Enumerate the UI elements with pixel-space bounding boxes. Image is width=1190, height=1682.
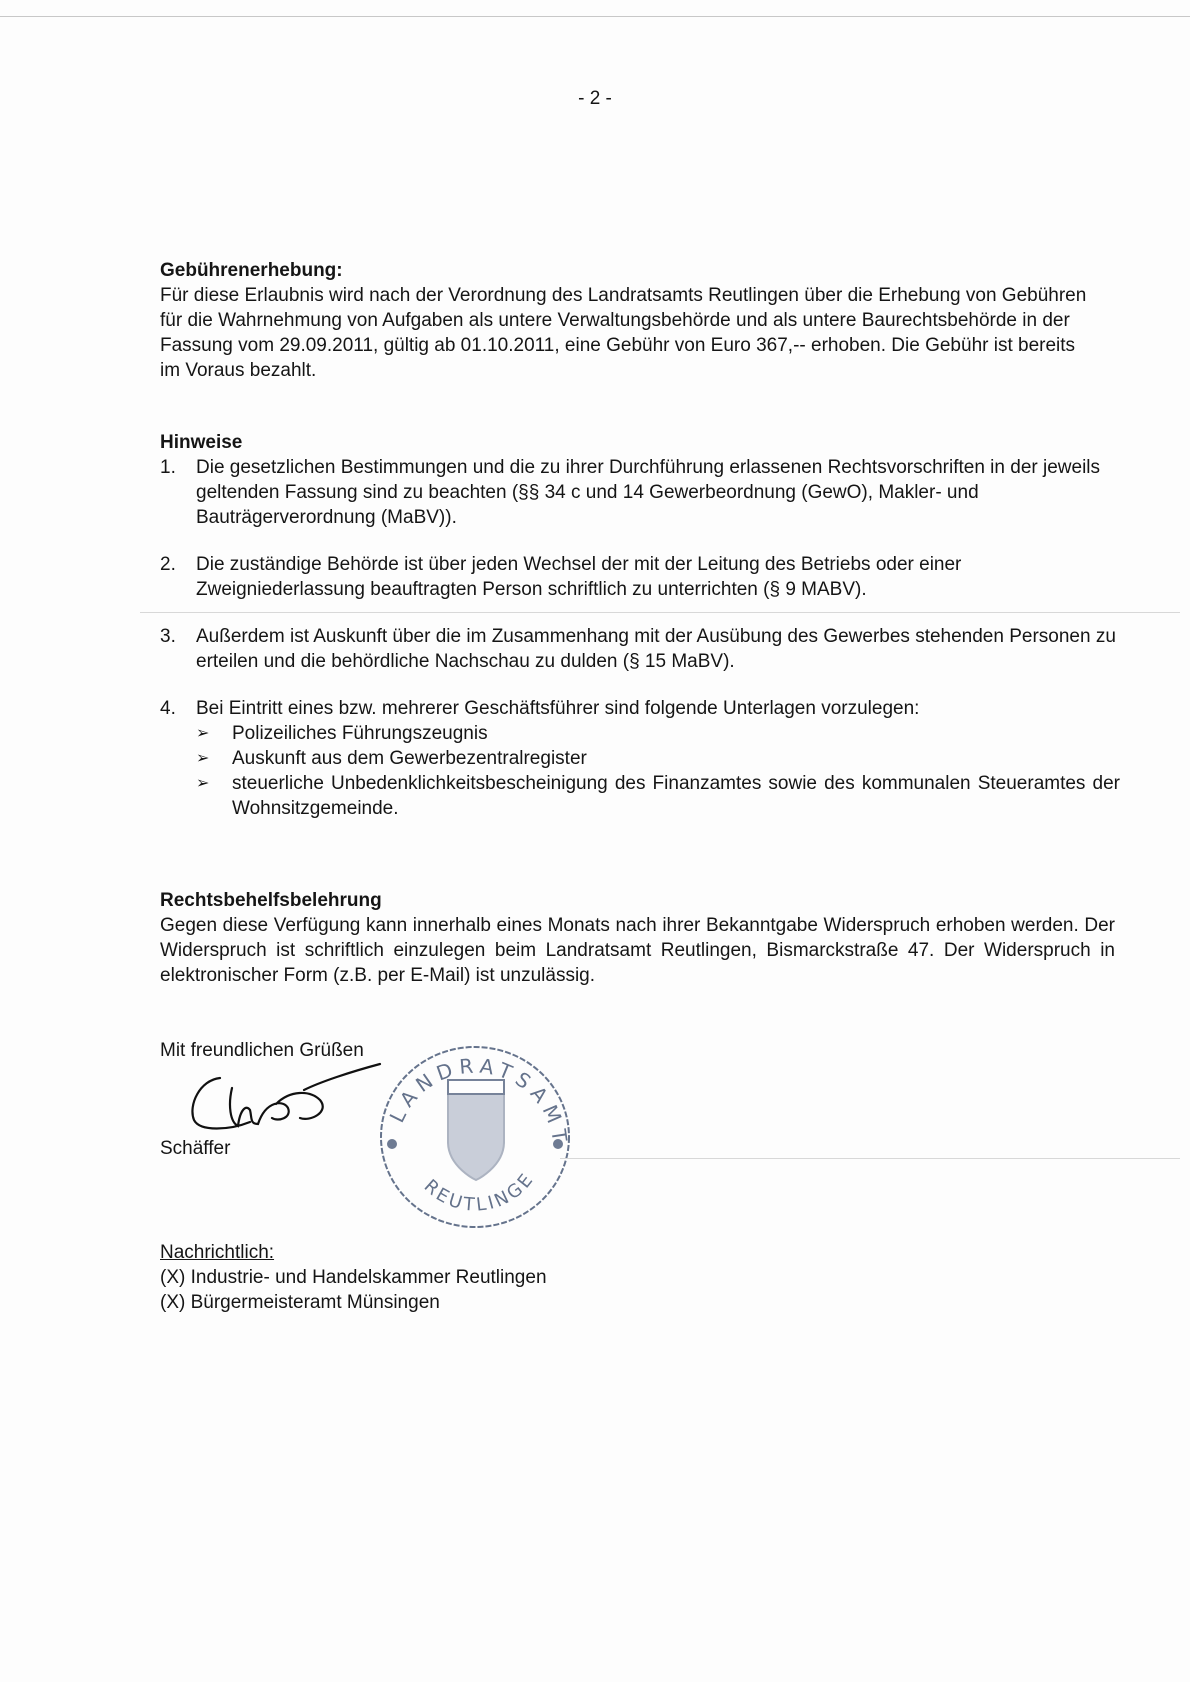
coat-of-arms-icon [448, 1080, 504, 1180]
note-text: Außerdem ist Auskunft über die im Zusamm… [196, 624, 1120, 674]
official-stamp: LANDRATSAMT REUTLINGEN [368, 1032, 578, 1232]
document-list-text: Polizeiliches Führungszeugnis [232, 723, 488, 744]
cc-recipient: (X) Bürgermeisteramt Münsingen [160, 1290, 547, 1315]
fee-text: Für diese Erlaubnis wird nach der Verord… [160, 283, 1090, 383]
note-number: 2. [160, 552, 176, 577]
cc-heading: Nachrichtlich: [160, 1240, 547, 1265]
document-list-text: steuerliche Unbedenklichkeitsbescheinigu… [232, 773, 1120, 819]
notes-section: Hinweise 1.Die gesetzlichen Bestimmungen… [160, 430, 1120, 843]
document-list: ➢Polizeiliches Führungszeugnis➢Auskunft … [196, 721, 1120, 821]
document-list-item: ➢Polizeiliches Führungszeugnis [196, 721, 1120, 746]
note-item: 4.Bei Eintritt eines bzw. mehrerer Gesch… [160, 696, 1120, 821]
note-number: 3. [160, 624, 176, 649]
note-text: Bei Eintritt eines bzw. mehrerer Geschäf… [196, 696, 1120, 721]
greeting: Mit freundlichen Grüßen [160, 1040, 364, 1062]
fee-heading: Gebührenerhebung: [160, 258, 1120, 283]
note-number: 4. [160, 696, 176, 721]
notes-heading: Hinweise [160, 430, 1120, 455]
scan-artifact-line [140, 612, 1180, 613]
note-text: Die zuständige Behörde ist über jeden We… [196, 552, 1120, 602]
document-list-item: ➢Auskunft aus dem Gewerbezentralregister [196, 746, 1120, 771]
note-text: Die gesetzlichen Bestimmungen und die zu… [196, 455, 1120, 530]
cc-recipient: (X) Industrie- und Handelskammer Reutlin… [160, 1265, 547, 1290]
arrow-bullet-icon: ➢ [196, 771, 209, 796]
page-number: - 2 - [0, 88, 1190, 110]
note-number: 1. [160, 455, 176, 480]
document-list-item: ➢steuerliche Unbedenklichkeitsbescheinig… [196, 771, 1120, 821]
legal-section: Rechtsbehelfsbelehrung Gegen diese Verfü… [160, 888, 1120, 988]
note-item: 1.Die gesetzlichen Bestimmungen und die … [160, 455, 1120, 530]
handwritten-signature [180, 1060, 390, 1140]
note-item: 2.Die zuständige Behörde ist über jeden … [160, 552, 1120, 602]
notes-list: 1.Die gesetzlichen Bestimmungen und die … [160, 455, 1120, 821]
document-list-text: Auskunft aus dem Gewerbezentralregister [232, 748, 587, 769]
legal-heading: Rechtsbehelfsbelehrung [160, 888, 1120, 913]
fee-section: Gebührenerhebung: Für diese Erlaubnis wi… [160, 258, 1120, 383]
signer-name: Schäffer [160, 1138, 230, 1160]
note-item: 3.Außerdem ist Auskunft über die im Zusa… [160, 624, 1120, 674]
arrow-bullet-icon: ➢ [196, 746, 209, 771]
arrow-bullet-icon: ➢ [196, 721, 209, 746]
legal-text: Gegen diese Verfügung kann innerhalb ein… [160, 913, 1115, 988]
scan-edge-line [0, 16, 1190, 17]
cc-section: Nachrichtlich: (X) Industrie- und Handel… [160, 1240, 547, 1315]
scan-artifact-line [560, 1158, 1180, 1159]
